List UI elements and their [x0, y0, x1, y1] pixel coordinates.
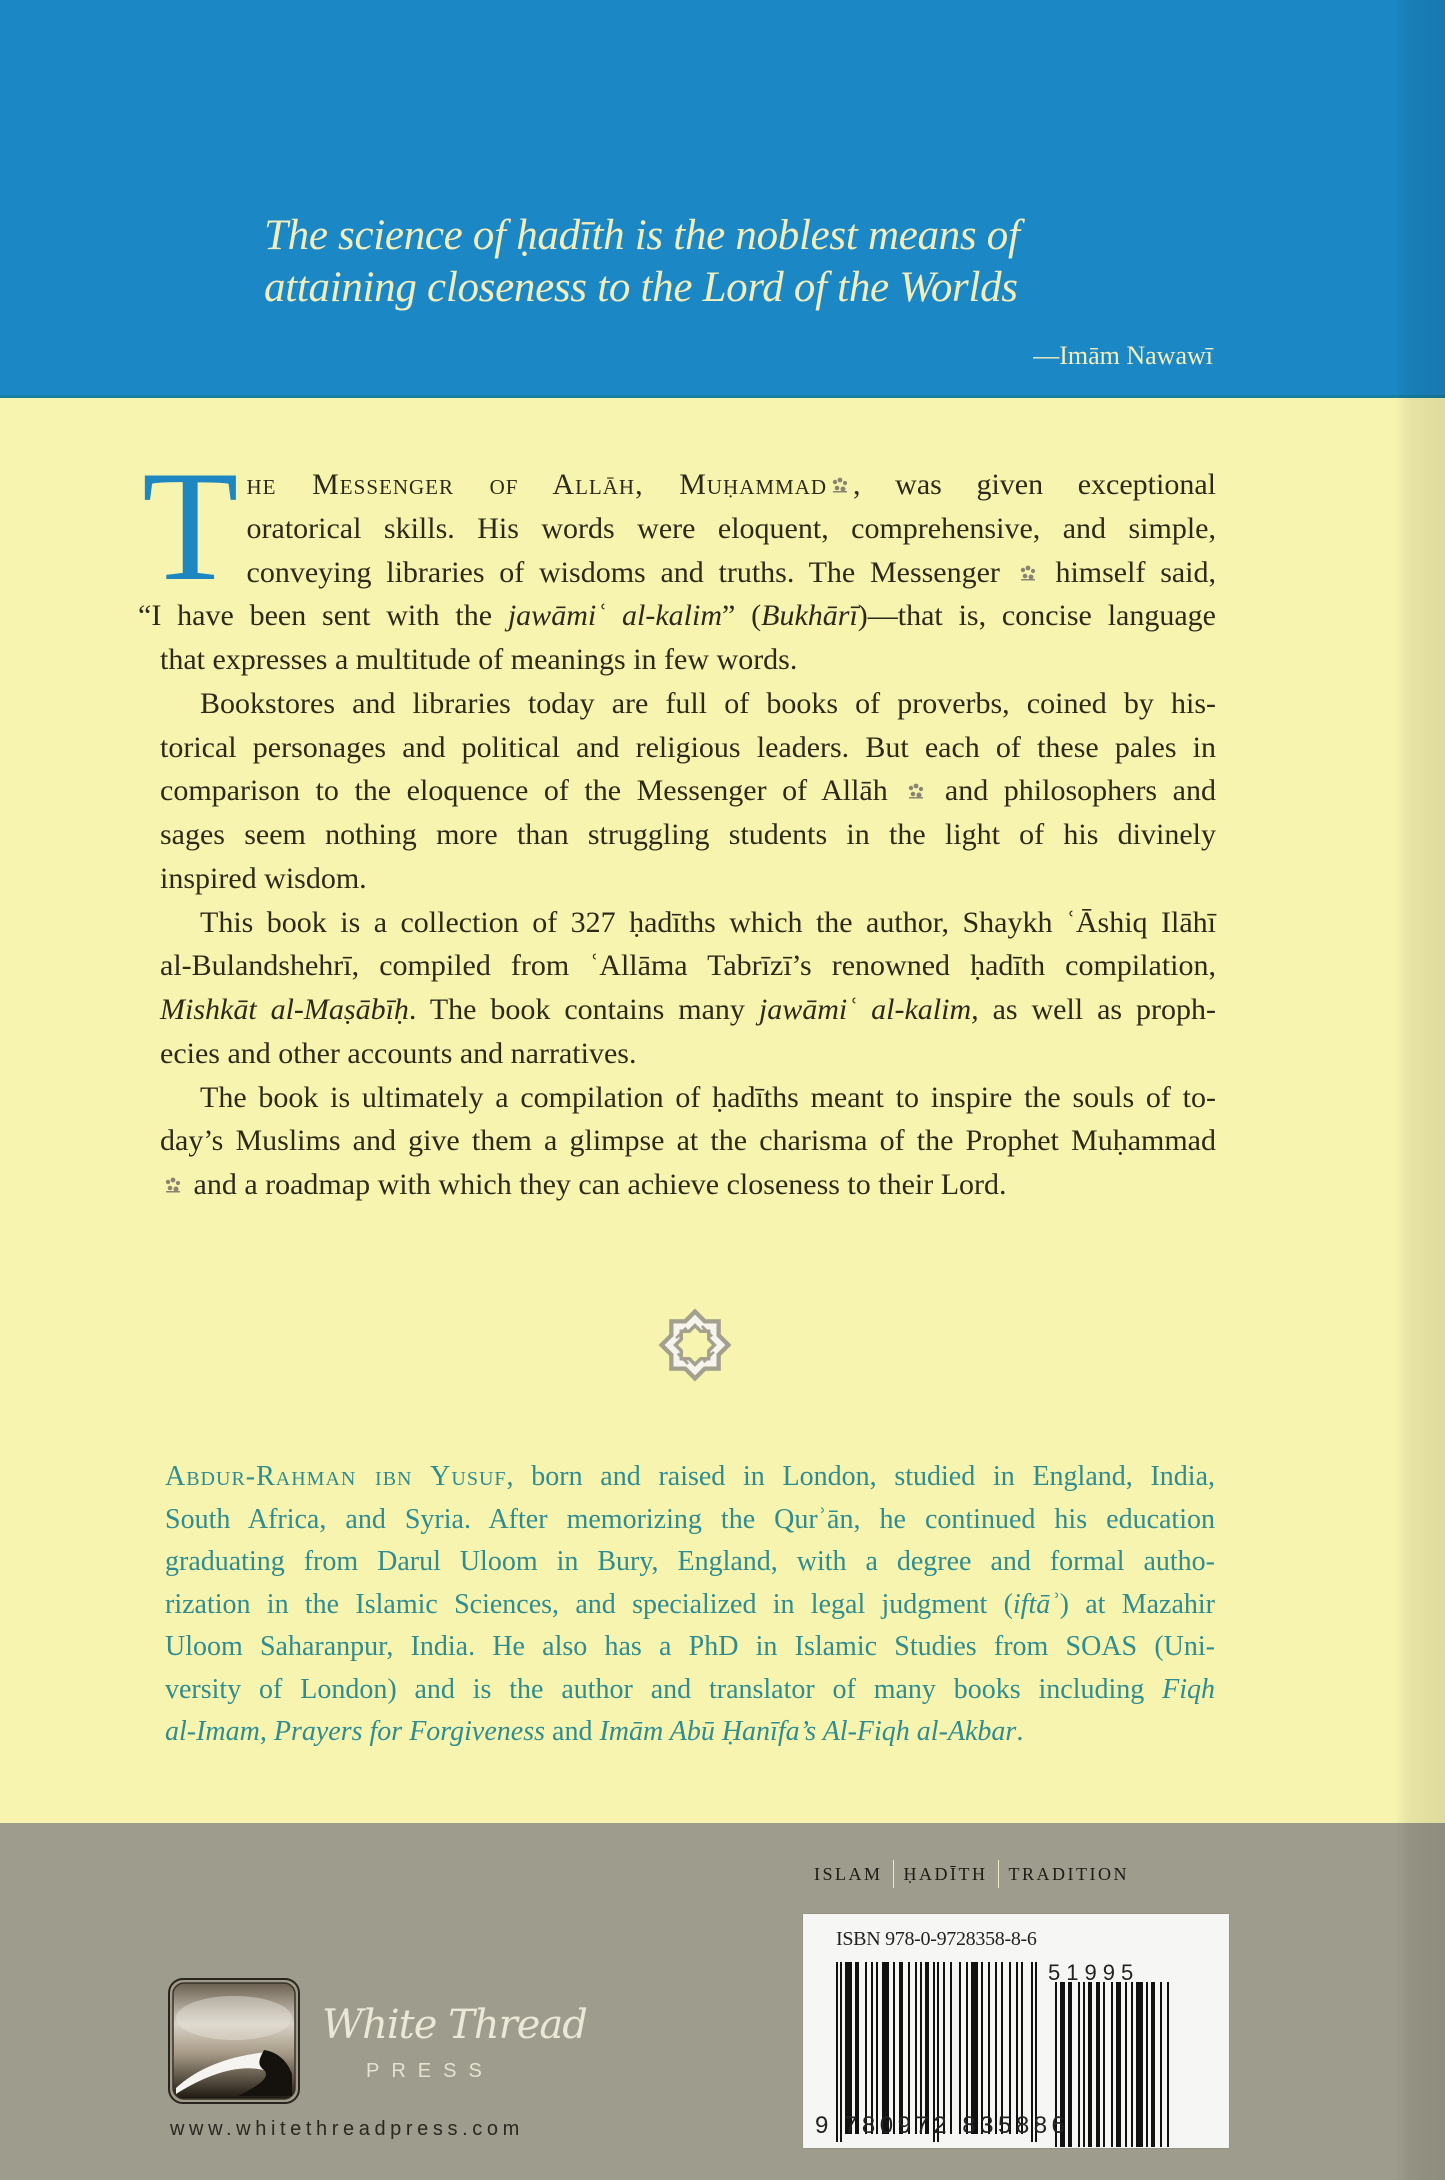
arabic-calligraphy-salutation-icon: [829, 474, 851, 496]
text-line: oratorical skills. His words were eloque…: [160, 507, 1216, 551]
text-line: Bookstores and libraries today are full …: [160, 682, 1216, 726]
arabic-calligraphy-salutation-icon: [1017, 562, 1039, 584]
text-line: graduating from Darul Uloom in Bury, Eng…: [165, 1541, 1215, 1584]
quote-line: The science of ḥadīth is the noblest mea…: [264, 210, 1124, 262]
drop-cap: T: [142, 467, 239, 589]
text-line: sages seem nothing more than struggling …: [160, 813, 1216, 857]
paragraph-4: The book is ultimately a compilation of …: [160, 1076, 1216, 1207]
text-line: al-Bulandshehrī, compiled from ʿAllāma T…: [160, 944, 1216, 988]
publisher-url[interactable]: www.whitethreadpress.com: [170, 2118, 524, 2141]
author-name: Abdur-Rahman ibn Yusuf: [165, 1461, 507, 1492]
text-line: ecies and other accounts and narratives.: [160, 1032, 1216, 1076]
text-line: Mishkāt al-Maṣābīḥ. The book contains ma…: [160, 988, 1216, 1032]
text-line: inspired wisdom.: [160, 857, 1216, 901]
text-line: he Messenger of Allāh, Muḥammad, was giv…: [160, 463, 1216, 507]
page-curl-logo-icon: [168, 1978, 300, 2104]
text-line: Abdur-Rahman ibn Yusuf, born and raised …: [165, 1456, 1215, 1499]
publisher-subtitle: PRESS: [366, 2060, 494, 2083]
subject-categories: ISLAM ḤADĪTH TRADITION: [814, 1860, 1129, 1888]
text-line: South Africa, and Syria. After memorizin…: [165, 1499, 1215, 1542]
publisher-name: White Thread: [322, 2002, 587, 2048]
book-description: T he Messenger of Allāh, Muḥammad, was g…: [160, 463, 1216, 1207]
arabic-calligraphy-salutation-icon: [162, 1174, 184, 1196]
text-line: that expresses a multitude of meanings i…: [160, 638, 1216, 682]
category-label: ISLAM: [814, 1860, 883, 1888]
text-line: The book is ultimately a compilation of …: [160, 1076, 1216, 1120]
paragraph-3: This book is a collection of 327 ḥadīths…: [160, 901, 1216, 1076]
text-line: “I have been sent with the jawāmiʿ al-ka…: [138, 594, 1216, 638]
top-quote-band: [0, 0, 1445, 398]
author-bio: Abdur-Rahman ibn Yusuf, born and raised …: [165, 1456, 1215, 1754]
text-line: Uloom Saharanpur, India. He also has a P…: [165, 1626, 1215, 1669]
quote-attribution: —Imām Nawawī: [1033, 340, 1213, 372]
text-line: versity of London) and is the author and…: [165, 1669, 1215, 1712]
category-label: ḤADĪTH: [904, 1860, 988, 1888]
text-line: torical personages and political and rel…: [160, 726, 1216, 770]
category-divider: [998, 1860, 999, 1888]
epigraph-quote: The science of ḥadīth is the noblest mea…: [264, 210, 1124, 314]
text-line: and a roadmap with which they can achiev…: [160, 1163, 1216, 1207]
text-line: conveying libraries of wisdoms and truth…: [160, 551, 1216, 595]
arabic-calligraphy-salutation-icon: [905, 780, 927, 802]
eight-point-star-ornament-icon: [652, 1302, 738, 1388]
text-line: day’s Muslims and give them a glimpse at…: [160, 1119, 1216, 1163]
text-line: comparison to the eloquence of the Messe…: [160, 769, 1216, 813]
isbn-barcode: ISBN 978-0-9728358-8-6 51995: [803, 1914, 1229, 2148]
ean-number: 9 780972 835886: [815, 2112, 1069, 2140]
text-line: rization in the Islamic Sciences, and sp…: [165, 1584, 1215, 1627]
paragraph-2: Bookstores and libraries today are full …: [160, 682, 1216, 901]
category-label: TRADITION: [1009, 1860, 1129, 1888]
text-line: This book is a collection of 327 ḥadīths…: [160, 901, 1216, 945]
text-line: al-Imam, Prayers for Forgiveness and Imā…: [165, 1711, 1215, 1754]
quote-line: attaining closeness to the Lord of the W…: [264, 262, 1124, 314]
category-divider: [893, 1860, 894, 1888]
paragraph-1: T he Messenger of Allāh, Muḥammad, was g…: [160, 463, 1216, 682]
